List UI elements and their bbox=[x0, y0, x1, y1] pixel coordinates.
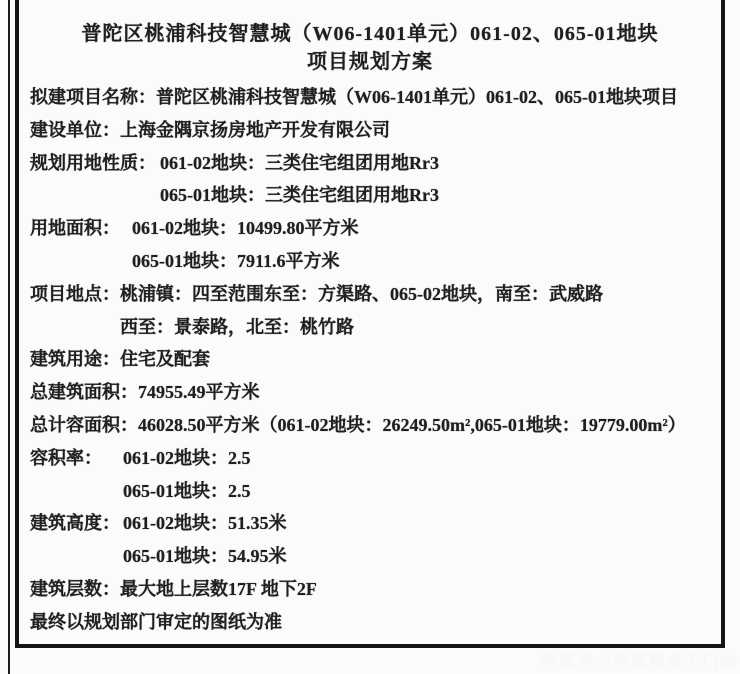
doc-row: 建设单位：上海金隅京扬房地产开发有限公司 bbox=[0, 119, 740, 152]
row-label: 建筑用途： bbox=[30, 349, 120, 369]
watermark-label: 搜狐号@搜狐焦点天门站 bbox=[540, 647, 738, 672]
document-rows: 拟建项目名称：普陀区桃浦科技智慧城（W06-1401单元）061-02、065-… bbox=[0, 86, 740, 644]
row-value: 061-02地块：三类住宅组团用地Rr3 bbox=[160, 152, 439, 175]
row-label: 容积率： bbox=[30, 448, 102, 468]
row-label: 总计容面积： bbox=[30, 415, 138, 435]
row-value: 065-01地块：2.5 bbox=[123, 480, 251, 503]
doc-row: 容积率：061-02地块：2.5 bbox=[0, 447, 740, 480]
row-value: 住宅及配套 bbox=[120, 349, 210, 369]
row-value: 061-02地块：51.35米 bbox=[123, 512, 287, 535]
doc-row: 最终以规划部门审定的图纸为准 bbox=[0, 611, 740, 644]
row-value: 065-01地块：54.95米 bbox=[123, 545, 287, 568]
doc-row: 西至：景泰路，北至：桃竹路 bbox=[0, 316, 740, 349]
row-value: 74955.49平方米 bbox=[138, 382, 260, 402]
doc-row: 项目地点：桃浦镇：四至范围东至：方渠路、065-02地块，南至：武威路 bbox=[0, 283, 740, 316]
doc-row: 065-01地块：三类住宅组团用地Rr3 bbox=[0, 184, 740, 217]
row-label: 规划用地性质： bbox=[30, 153, 156, 173]
row-value: 065-01地块：7911.6平方米 bbox=[132, 250, 340, 273]
doc-row: 建筑高度：061-02地块：51.35米 bbox=[0, 512, 740, 545]
doc-row: 拟建项目名称：普陀区桃浦科技智慧城（W06-1401单元）061-02、065-… bbox=[0, 86, 740, 119]
row-value: 桃浦镇：四至范围东至：方渠路、065-02地块，南至：武威路 bbox=[120, 283, 603, 306]
doc-row: 规划用地性质：061-02地块：三类住宅组团用地Rr3 bbox=[0, 152, 740, 185]
title-line-1: 普陀区桃浦科技智慧城（W06-1401单元）061-02、065-01地块 bbox=[15, 20, 725, 48]
row-label: 建筑高度： bbox=[30, 513, 120, 533]
row-label: 项目地点： bbox=[30, 284, 120, 304]
doc-row: 总建筑面积：74955.49平方米 bbox=[0, 381, 740, 414]
row-value: 065-01地块：三类住宅组团用地Rr3 bbox=[160, 184, 439, 207]
doc-row: 065-01地块：7911.6平方米 bbox=[0, 250, 740, 283]
row-label: 建设单位： bbox=[30, 120, 120, 140]
row-value: 上海金隅京扬房地产开发有限公司 bbox=[120, 120, 390, 140]
row-value: 西至：景泰路，北至：桃竹路 bbox=[120, 316, 354, 339]
doc-row: 065-01地块：2.5 bbox=[0, 480, 740, 513]
document-title: 普陀区桃浦科技智慧城（W06-1401单元）061-02、065-01地块 项目… bbox=[15, 20, 725, 76]
row-label: 总建筑面积： bbox=[30, 382, 138, 402]
doc-row: 用地面积：061-02地块：10499.80平方米 bbox=[0, 217, 740, 250]
doc-row: 065-01地块：54.95米 bbox=[0, 545, 740, 578]
row-value: 46028.50平方米（061-02地块：26249.50m²,065-01地块… bbox=[138, 415, 686, 435]
doc-row: 建筑用途：住宅及配套 bbox=[0, 348, 740, 381]
doc-row: 建筑层数：最大地上层数17F 地下2F bbox=[0, 578, 740, 611]
row-value: 普陀区桃浦科技智慧城（W06-1401单元）061-02、065-01地块项目 bbox=[156, 87, 678, 107]
row-label: 拟建项目名称： bbox=[30, 87, 156, 107]
row-label: 建筑层数： bbox=[30, 579, 120, 599]
title-line-2: 项目规划方案 bbox=[15, 48, 725, 76]
row-value: 061-02地块：10499.80平方米 bbox=[132, 217, 359, 240]
row-value: 最大地上层数17F 地下2F bbox=[120, 579, 317, 599]
row-value: 最终以规划部门审定的图纸为准 bbox=[30, 612, 282, 632]
row-value: 061-02地块：2.5 bbox=[123, 447, 251, 470]
row-label: 用地面积： bbox=[30, 218, 120, 238]
doc-row: 总计容面积：46028.50平方米（061-02地块：26249.50m²,06… bbox=[0, 414, 740, 447]
document-page: 普陀区桃浦科技智慧城（W06-1401单元）061-02、065-01地块 项目… bbox=[0, 0, 740, 674]
